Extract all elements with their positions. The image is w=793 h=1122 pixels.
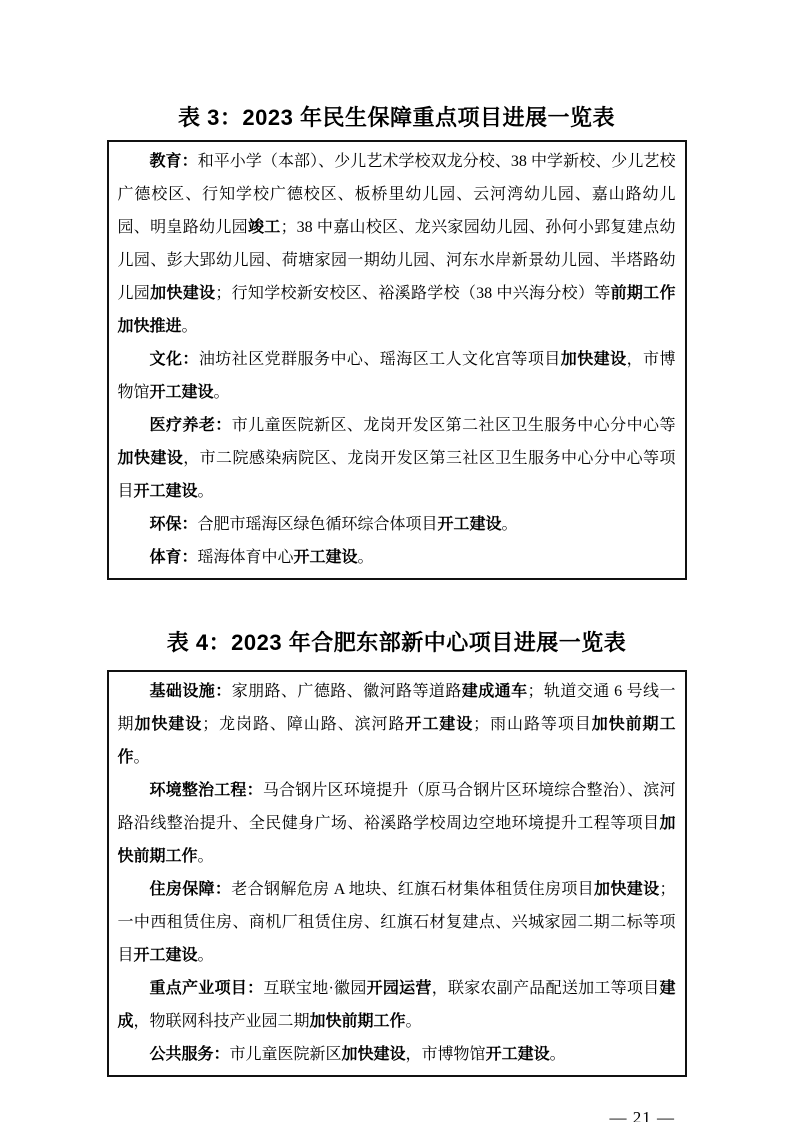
text-segment-bold: 开工建设 [405,716,473,733]
text-segment: 合肥市瑶海区绿色循环综合体项目 [198,516,438,533]
table4-box: 基础设施：家朋路、广德路、徽河路等道路建成通车；轨道交通 6 号线一期加快建设；… [107,670,687,1077]
text-segment: 。 [198,947,214,964]
table3-box: 教育：和平小学（本部）、少儿艺术学校双龙分校、38 中学新校、少儿艺校广德校区、… [107,140,687,580]
document-page: 表 3：2023 年民生保障重点项目进展一览表 教育：和平小学（本部）、少儿艺术… [0,0,793,1122]
text-segment-bold: 体育： [150,549,198,566]
text-segment-bold: 教育： [150,153,198,170]
text-segment-bold: 加快建设 [134,716,202,733]
text-segment-bold: 基础设施： [150,683,232,700]
table3-paragraph-sports: 体育：瑶海体育中心开工建设。 [118,541,676,574]
text-segment-bold: 开工建设 [294,549,358,566]
text-segment-bold: 开工建设 [486,1046,550,1063]
table3-paragraph-medical-eldercare: 医疗养老：市儿童医院新区、龙岗开发区第二社区卫生服务中心分中心等加快建设，市二院… [118,409,676,508]
text-segment: 瑶海体育中心 [198,549,294,566]
text-segment-bold: 环境整治工程： [150,782,263,799]
page-number: — 21 — [0,1107,793,1122]
text-segment-bold: 加快建设 [118,450,184,467]
text-segment: 。 [182,318,198,335]
text-segment: 。 [134,749,150,766]
text-segment: 。 [198,848,214,865]
text-segment-bold: 加快建设 [594,881,659,898]
text-segment: 互联宝地·徽园 [263,980,366,997]
table4-title: 表 4：2023 年合肥东部新中心项目进展一览表 [87,628,707,658]
table4-paragraph-housing: 住房保障：老合钢解危房 A 地块、红旗石材集体租赁住房项目加快建设；一中西租赁住… [118,873,676,972]
text-segment: ，市博物馆 [406,1046,486,1063]
text-segment: ；龙岗路、障山路、滨河路 [202,716,405,733]
text-segment: 市儿童医院新区、龙岗开发区第二社区卫生服务中心分中心等 [232,417,676,434]
text-segment-bold: 重点产业项目： [150,980,264,997]
text-segment: 家朋路、广德路、徽河路等道路 [232,683,462,700]
text-segment: 。 [358,549,374,566]
text-segment-bold: 开园运营 [367,980,432,997]
text-segment-bold: 开工建设 [438,516,502,533]
text-segment-bold: 公共服务： [150,1046,230,1063]
table3-paragraph-culture: 文化：油坊社区党群服务中心、瑶海区工人文化宫等项目加快建设，市博物馆开工建设。 [118,343,676,409]
text-segment: ，联家农副产品配送加工等项目 [432,980,660,997]
text-segment-bold: 加快建设 [561,351,627,368]
text-segment-bold: 加快前期工作 [310,1013,406,1030]
text-segment: 。 [198,483,214,500]
text-segment-bold: 竣工 [248,219,281,236]
table4-paragraph-public-service: 公共服务：市儿童医院新区加快建设，市博物馆开工建设。 [118,1038,676,1071]
text-segment: 。 [406,1013,422,1030]
table4-paragraph-key-industry: 重点产业项目：互联宝地·徽园开园运营，联家农副产品配送加工等项目建成，物联网科技… [118,972,676,1038]
text-segment: 。 [502,516,518,533]
text-segment-bold: 文化： [150,351,199,368]
text-segment: 油坊社区党群服务中心、瑶海区工人文化宫等项目 [199,351,561,368]
text-segment: 。 [214,384,230,401]
text-segment: 。 [550,1046,566,1063]
table3-paragraph-education: 教育：和平小学（本部）、少儿艺术学校双龙分校、38 中学新校、少儿艺校广德校区、… [118,145,676,343]
text-segment-bold: 开工建设 [150,384,214,401]
text-segment: 老合钢解危房 A 地块、红旗石材集体租赁住房项目 [231,881,594,898]
text-segment-bold: 加快建设 [150,285,215,302]
text-segment-bold: 住房保障： [150,881,232,898]
text-segment-bold: 建成通车 [462,683,528,700]
table4-paragraph-infrastructure: 基础设施：家朋路、广德路、徽河路等道路建成通车；轨道交通 6 号线一期加快建设；… [118,675,676,774]
text-segment: 市儿童医院新区 [230,1046,342,1063]
text-segment-bold: 医疗养老： [150,417,232,434]
text-segment: ；雨山路等项目 [473,716,592,733]
table3-paragraph-environment: 环保：合肥市瑶海区绿色循环综合体项目开工建设。 [118,508,676,541]
table4-paragraph-environment-remediation: 环境整治工程：马合钢片区环境提升（原马合钢片区环境综合整治）、滨河路沿线整治提升… [118,774,676,873]
text-segment-bold: 开工建设 [134,947,198,964]
text-segment: ；行知学校新安校区、裕溪路学校（38 中兴海分校）等 [215,285,610,302]
text-segment-bold: 环保： [150,516,198,533]
text-segment-bold: 开工建设 [134,483,198,500]
text-segment: ，物联网科技产业园二期 [134,1013,310,1030]
text-segment-bold: 加快建设 [342,1046,406,1063]
table3-title: 表 3：2023 年民生保障重点项目进展一览表 [87,103,707,133]
